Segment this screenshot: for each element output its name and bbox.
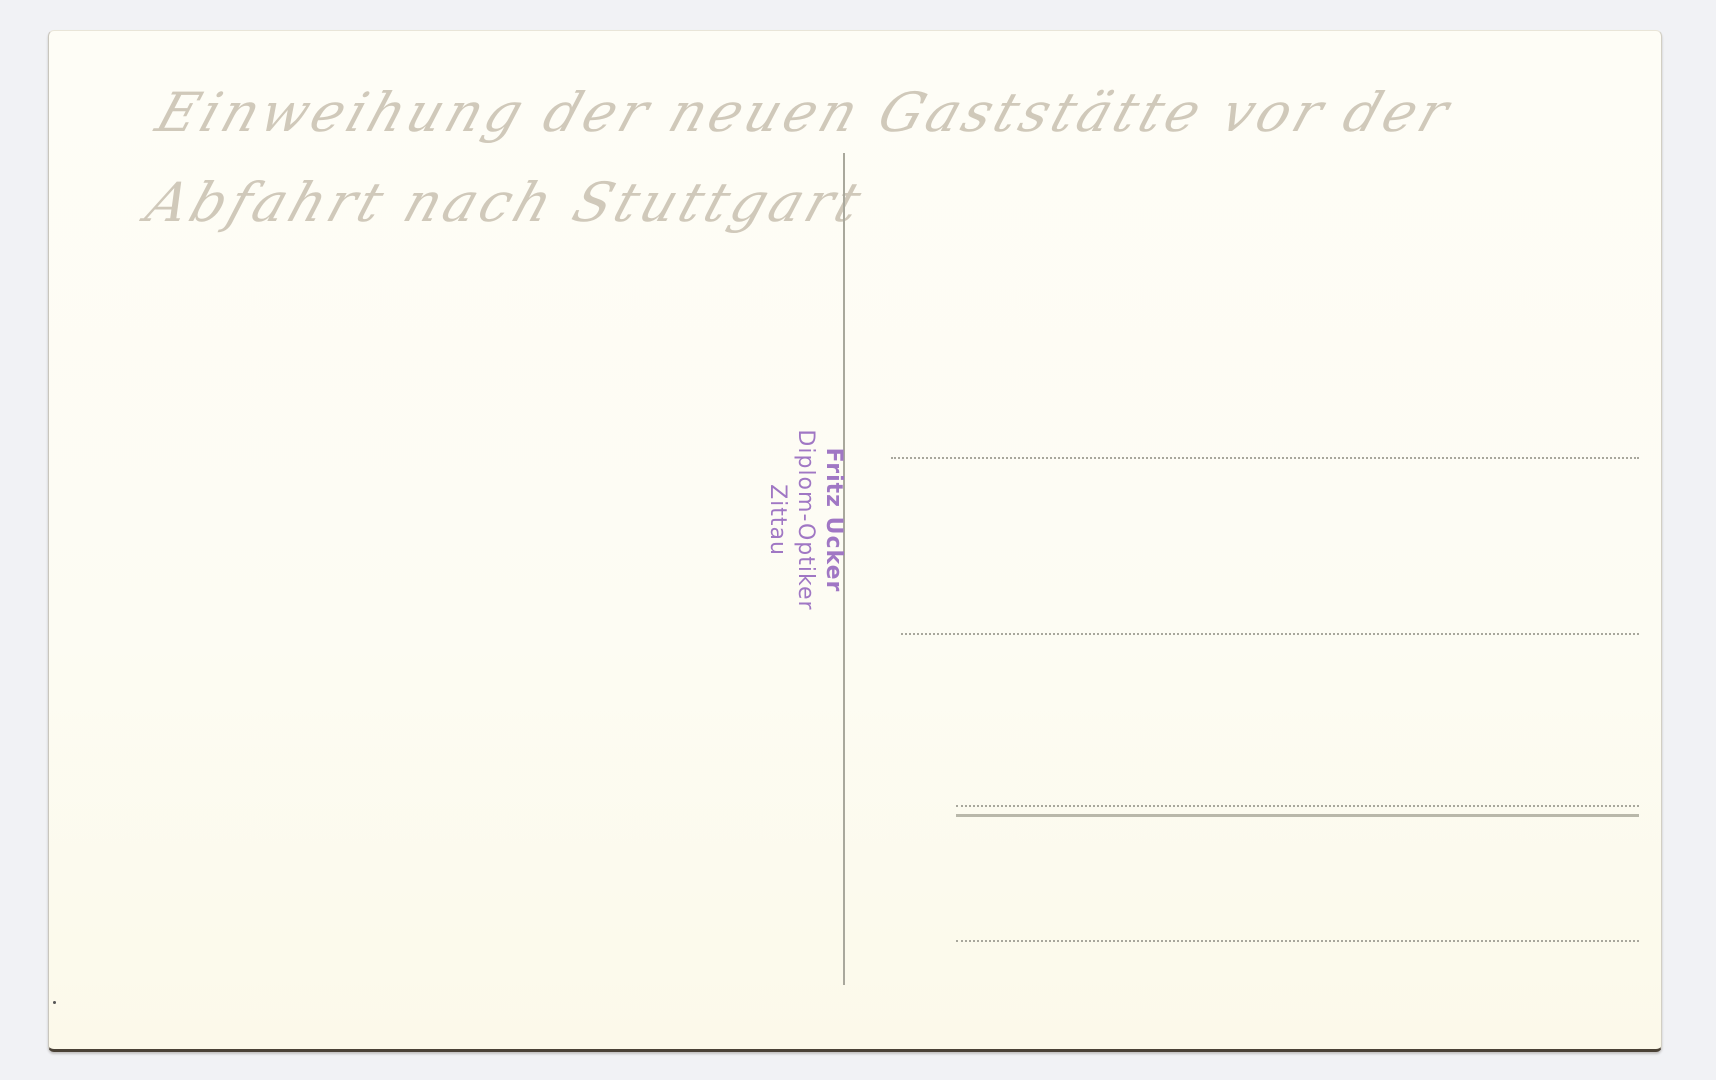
address-underline bbox=[956, 814, 1639, 817]
handwritten-message-line-2: Abfahrt nach Stuttgart bbox=[139, 171, 873, 234]
paper-speck bbox=[53, 1001, 56, 1004]
address-line-2 bbox=[901, 633, 1639, 635]
stamp-name: Fritz Ucker bbox=[819, 370, 847, 670]
address-line-4 bbox=[956, 940, 1639, 942]
stamp-city: Zittau bbox=[763, 370, 791, 670]
stamp-title: Diplom-Optiker bbox=[791, 370, 819, 670]
postcard-back: Einweihung der neuen Gaststätte vor der … bbox=[48, 30, 1662, 1052]
address-line-1 bbox=[891, 457, 1639, 459]
address-line-3 bbox=[956, 805, 1639, 807]
handwritten-message-line-1: Einweihung der neuen Gaststätte vor der bbox=[149, 81, 1461, 144]
optician-stamp: Fritz Ucker Diplom-Optiker Zittau bbox=[760, 370, 850, 670]
stamp-text: Fritz Ucker Diplom-Optiker Zittau bbox=[763, 370, 847, 670]
